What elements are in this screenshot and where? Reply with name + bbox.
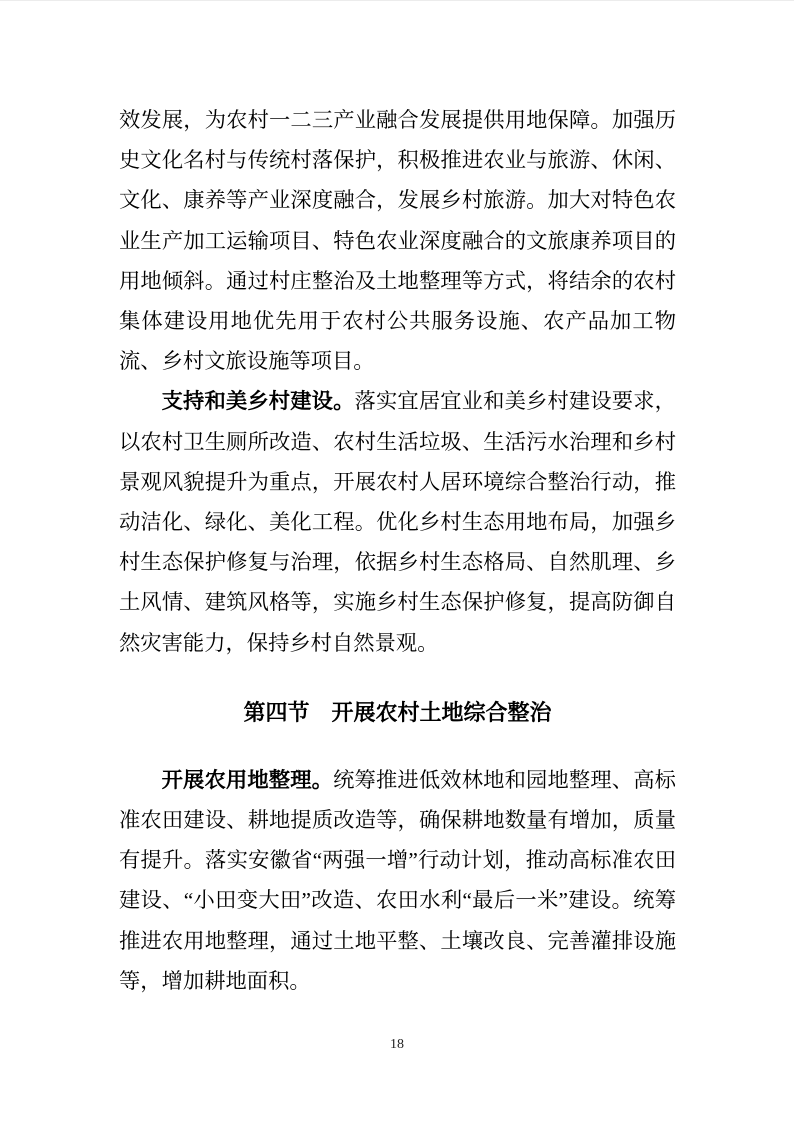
page-number: 18 bbox=[0, 1037, 794, 1053]
paragraph-text: 效发展，为农村一二三产业融合发展提供用地保障。加强历史文化名村与传统村落保护，积… bbox=[119, 108, 676, 373]
paragraph-rural-construction: 支持和美乡村建设。落实宜居宜业和美乡村建设要求，以农村卫生厕所改造、农村生活垃圾… bbox=[119, 381, 676, 662]
paragraph-farmland-consolidation: 开展农用地整理。统筹推进低效林地和园地整理、高标准农田建设、耕地提质改造等，确保… bbox=[119, 760, 676, 1001]
paragraph-text: 落实宜居宜业和美乡村建设要求，以农村卫生厕所改造、农村生活垃圾、生活污水治理和乡… bbox=[119, 389, 676, 654]
paragraph-text: 统筹推进低效林地和园地整理、高标准农田建设、耕地提质改造等，确保耕地数量有增加，… bbox=[119, 768, 676, 993]
document-page: 效发展，为农村一二三产业融合发展提供用地保障。加强历史文化名村与传统村落保护，积… bbox=[0, 0, 794, 1122]
section-heading: 第四节 开展农村土地综合整治 bbox=[119, 693, 676, 733]
document-body: 效发展，为农村一二三产业融合发展提供用地保障。加强历史文化名村与传统村落保护，积… bbox=[119, 100, 676, 1001]
paragraph-lead-bold: 支持和美乡村建设。 bbox=[162, 389, 355, 413]
paragraph-lead-bold: 开展农用地整理。 bbox=[162, 768, 334, 792]
paragraph-industry-land-continuation: 效发展，为农村一二三产业融合发展提供用地保障。加强历史文化名村与传统村落保护，积… bbox=[119, 100, 676, 381]
